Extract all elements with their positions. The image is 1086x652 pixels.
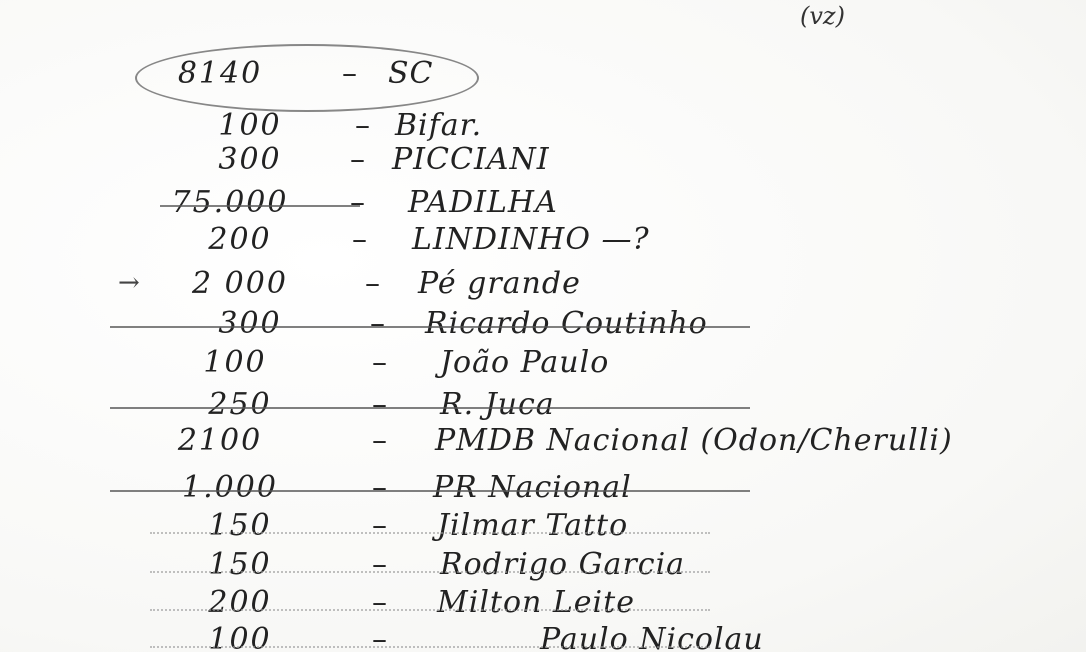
entry-dash: – (372, 423, 387, 458)
circle-mark (135, 44, 479, 112)
dotted-guide-line (150, 571, 710, 573)
entry-name: Ricardo Coutinho (425, 306, 708, 341)
entry-name: LINDINHO —? (412, 222, 650, 257)
entry-dash: – (350, 142, 365, 177)
entry-name: Jilmar Tatto (437, 508, 628, 543)
amount-strikethrough (160, 205, 360, 207)
entry-dash: – (372, 585, 387, 620)
entry-dash: – (365, 266, 380, 301)
entry-dash: – (372, 470, 387, 505)
entry-dash: – (372, 387, 387, 422)
entry-amount: 100 (175, 345, 295, 380)
entry-amount: 2 000 (180, 266, 300, 301)
entry-dash: – (350, 185, 365, 220)
strikethrough-line (110, 490, 750, 492)
entry-amount: 300 (190, 142, 310, 177)
entry-amount: 2100 (160, 423, 280, 458)
entry-amount: 75.000 (170, 185, 290, 220)
arrow-mark: → (118, 268, 140, 298)
entry-name: PR Nacional (433, 470, 632, 505)
entry-name: PICCIANI (392, 142, 550, 177)
entry-amount: 200 (180, 222, 300, 257)
entry-dash: – (355, 108, 370, 143)
entry-dash: – (372, 508, 387, 543)
entry-name: PADILHA (408, 185, 558, 220)
entry-dash: – (352, 222, 367, 257)
entry-amount: 300 (190, 306, 310, 341)
entry-name: Rodrigo Garcia (440, 547, 685, 582)
entry-amount: 1.000 (170, 470, 290, 505)
entry-dash: – (370, 306, 385, 341)
dotted-guide-line (150, 609, 710, 611)
entry-name: João Paulo (440, 345, 609, 380)
entry-name: Bifar. (395, 108, 482, 143)
entry-amount: 150 (180, 547, 300, 582)
dotted-guide-line (150, 646, 710, 648)
top-right-note: (vz) (800, 2, 845, 30)
entry-name: Pé grande (418, 266, 581, 301)
entry-amount: 200 (180, 585, 300, 620)
entry-name: Milton Leite (437, 585, 635, 620)
strikethrough-line (110, 407, 750, 409)
entry-dash: – (372, 547, 387, 582)
entry-amount: 150 (180, 508, 300, 543)
entry-name: PMDB Nacional (Odon/Cherulli) (435, 423, 953, 458)
dotted-guide-line (150, 532, 710, 534)
entry-amount: 250 (180, 387, 300, 422)
strikethrough-line (110, 326, 750, 328)
entry-name: R. Juca (440, 387, 555, 422)
entry-dash: – (372, 345, 387, 380)
entry-amount: 100 (190, 108, 310, 143)
